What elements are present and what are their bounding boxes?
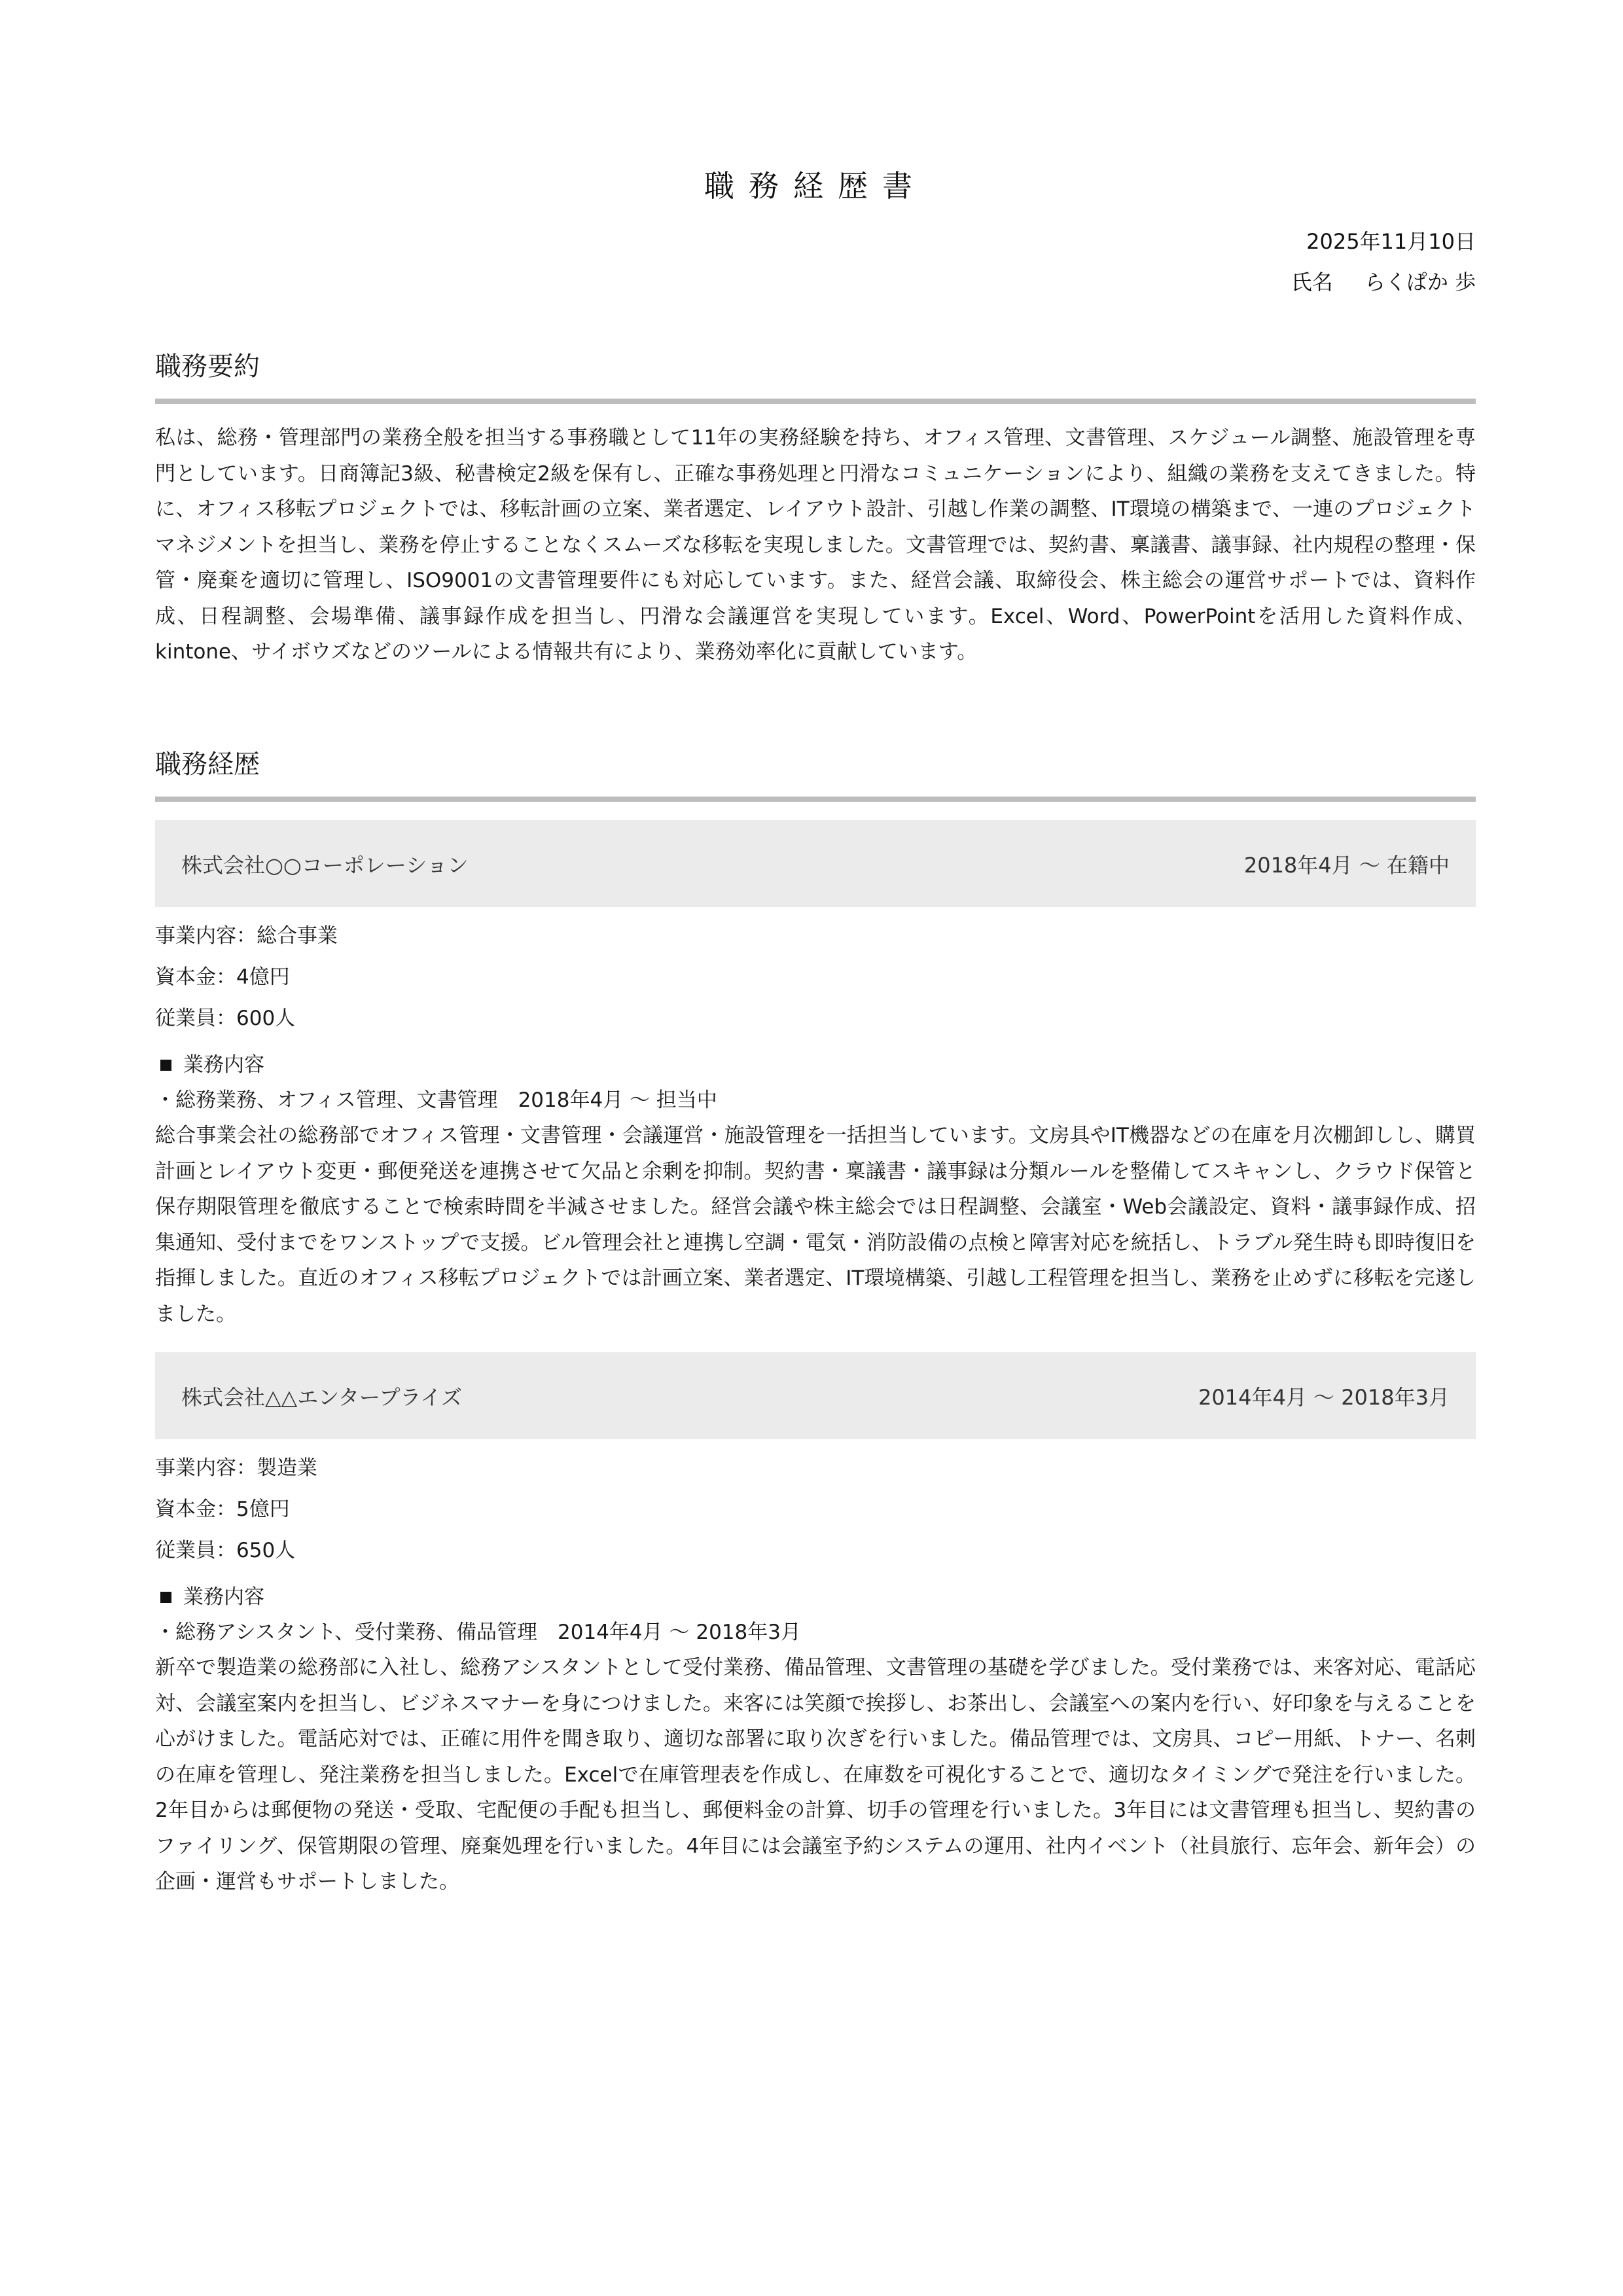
duties-heading-label: 業務内容 bbox=[183, 1579, 264, 1615]
duties-heading: 業務内容 bbox=[155, 1047, 1476, 1083]
duty-title: ・総務業務、オフィス管理、文書管理 2018年4月 〜 担当中 bbox=[155, 1083, 1476, 1118]
summary-body: 私は、総務・管理部門の業務全般を担当する事務職として11年の実務経験を持ち、オフ… bbox=[155, 420, 1476, 670]
company-header: 株式会社○○コーポレーション 2018年4月 〜 在籍中 bbox=[155, 820, 1476, 907]
employees: 従業員：600人 bbox=[155, 998, 1476, 1039]
document-title: 職務経歴書 bbox=[155, 162, 1476, 206]
capital: 資本金：5億円 bbox=[155, 1489, 1476, 1530]
duty-body: 新卒で製造業の総務部に入社し、総務アシスタントとして受付業務、備品管理、文書管理… bbox=[155, 1650, 1476, 1900]
duties-heading: 業務内容 bbox=[155, 1579, 1476, 1615]
duties-block: 業務内容 ・総務アシスタント、受付業務、備品管理 2014年4月 〜 2018年… bbox=[155, 1579, 1476, 1900]
applicant-name-line: 氏名らくぱか 歩 bbox=[1291, 262, 1476, 302]
name-value: らくぱか 歩 bbox=[1364, 270, 1476, 295]
name-label: 氏名 bbox=[1291, 270, 1333, 295]
document-date: 2025年11月10日 bbox=[1291, 221, 1476, 262]
company-info: 事業内容：製造業 資本金：5億円 従業員：650人 bbox=[155, 1448, 1476, 1571]
black-square-icon bbox=[160, 1592, 171, 1603]
history-heading: 職務経歴 bbox=[155, 744, 1476, 802]
employees: 従業員：650人 bbox=[155, 1530, 1476, 1571]
company-period: 2014年4月 〜 2018年3月 bbox=[1198, 1381, 1450, 1411]
company-name: 株式会社○○コーポレーション bbox=[181, 849, 469, 879]
duty-title: ・総務アシスタント、受付業務、備品管理 2014年4月 〜 2018年3月 bbox=[155, 1615, 1476, 1650]
duties-heading-label: 業務内容 bbox=[183, 1047, 264, 1083]
capital: 資本金：4億円 bbox=[155, 957, 1476, 998]
company-name: 株式会社△△エンタープライズ bbox=[181, 1381, 462, 1411]
company-period: 2018年4月 〜 在籍中 bbox=[1244, 849, 1450, 879]
duties-block: 業務内容 ・総務業務、オフィス管理、文書管理 2018年4月 〜 担当中 総合事… bbox=[155, 1047, 1476, 1332]
duty-body: 総合事業会社の総務部でオフィス管理・文書管理・会議運営・施設管理を一括担当してい… bbox=[155, 1118, 1476, 1332]
document-meta: 2025年11月10日 氏名らくぱか 歩 bbox=[1291, 221, 1476, 302]
summary-heading: 職務要約 bbox=[155, 346, 1476, 404]
company-header: 株式会社△△エンタープライズ 2014年4月 〜 2018年3月 bbox=[155, 1352, 1476, 1439]
black-square-icon bbox=[160, 1060, 171, 1071]
business-content: 事業内容：総合事業 bbox=[155, 916, 1476, 957]
company-info: 事業内容：総合事業 資本金：4億円 従業員：600人 bbox=[155, 916, 1476, 1039]
business-content: 事業内容：製造業 bbox=[155, 1448, 1476, 1489]
